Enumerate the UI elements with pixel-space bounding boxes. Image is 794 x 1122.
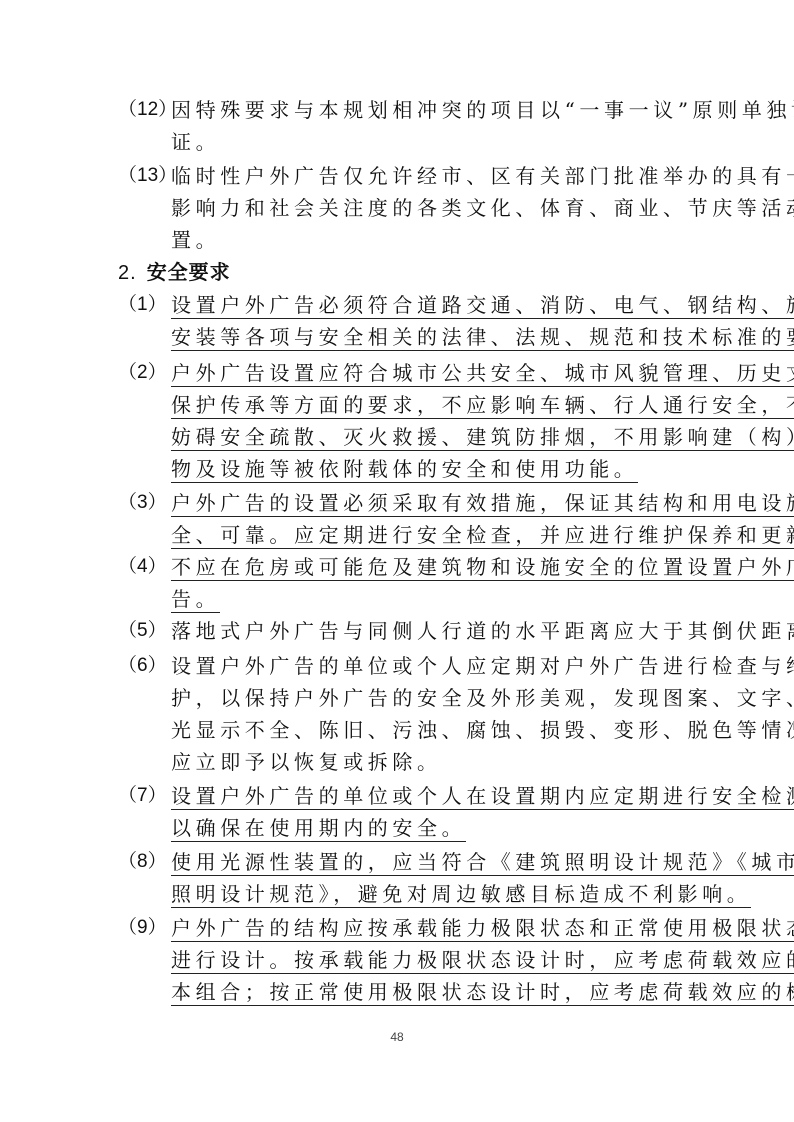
item-label: （1）: [118, 289, 167, 321]
item-body: 临时性户外广告仅允许经市、区有关部门批准举办的具有一定 影响力和社会关注度的各类…: [171, 160, 674, 256]
underlined-line: 设置户外广告的单位或个人在设置期内应定期进行安全检测，: [171, 784, 794, 810]
underlined-line: 告。: [171, 587, 220, 613]
item-line: 临时性户外广告仅允许经市、区有关部门批准举办的具有一定: [171, 160, 674, 192]
document-page: （12） 因特殊要求与本规划相冲突的项目以“一事一议”原则单独论 证。 （13）…: [0, 0, 794, 1122]
underlined-line: 本组合；按正常使用极限状态设计时，应考虑荷载效应的标准: [171, 980, 794, 1006]
item-line: 因特殊要求与本规划相冲突的项目以“一事一议”原则单独论: [171, 94, 674, 126]
section-title: 安全要求: [147, 260, 231, 284]
item-line: 影响力和社会关注度的各类文化、体育、商业、节庆等活动设: [171, 192, 674, 224]
item-label: （3）: [118, 487, 167, 519]
underlined-line: 以确保在使用期内的安全。: [171, 816, 466, 842]
underlined-line: 妨碍安全疏散、灭火救援、建筑防排烟，不用影响建（构）筑: [171, 425, 794, 451]
underlined-line: 进行设计。按承载能力极限状态设计时，应考虑荷载效应的基: [171, 948, 794, 974]
item-body: 使用光源性装置的，应当符合《建筑照明设计规范》《城市夜景 照明设计规范》，避免对…: [171, 846, 674, 910]
section-heading: 2.安全要求: [118, 256, 231, 289]
item-body: 不应在危房或可能危及建筑物和设施安全的位置设置户外广 告。: [171, 551, 674, 615]
item-body: 落地式户外广告与同侧人行道的水平距离应大于其倒伏距离。: [171, 615, 674, 647]
item-body: 户外广告的设置必须采取有效措施，保证其结构和用电设施安 全、可靠。应定期进行安全…: [171, 487, 674, 551]
item-label: （12）: [118, 94, 177, 126]
section-number: 2.: [118, 262, 137, 284]
item-label: （7）: [118, 780, 167, 812]
item-line: 应立即予以恢复或拆除。: [171, 746, 674, 778]
item-label: （8）: [118, 846, 167, 878]
item-line: 光显示不全、陈旧、污浊、腐蚀、损毁、变形、脱色等情况，: [171, 714, 674, 746]
item-line: 落地式户外广告与同侧人行道的水平距离应大于其倒伏距离。: [171, 615, 674, 647]
underlined-line: 安装等各项与安全相关的法律、法规、规范和技术标准的要求。: [171, 325, 794, 351]
item-body: 户外广告的结构应按承载能力极限状态和正常使用极限状态 进行设计。按承载能力极限状…: [171, 912, 674, 1008]
item-line: 护，以保持户外广告的安全及外形美观，发现图案、文字、灯: [171, 682, 674, 714]
item-body: 因特殊要求与本规划相冲突的项目以“一事一议”原则单独论 证。: [171, 94, 674, 158]
underlined-line: 户外广告的结构应按承载能力极限状态和正常使用极限状态: [171, 916, 794, 942]
underlined-line: 不应在危房或可能危及建筑物和设施安全的位置设置户外广: [171, 555, 794, 581]
item-body: 设置户外广告必须符合道路交通、消防、电气、钢结构、施工 安装等各项与安全相关的法…: [171, 289, 674, 353]
underlined-line: 物及设施等被依附载体的安全和使用功能。: [171, 457, 638, 483]
item-body: 设置户外广告的单位或个人应定期对户外广告进行检查与维 护，以保持户外广告的安全及…: [171, 650, 674, 778]
page-number: 48: [0, 1030, 794, 1044]
item-label: （13）: [118, 160, 177, 192]
underlined-line: 户外广告设置应符合城市公共安全、城市风貌管理、历史文化: [171, 361, 794, 387]
underlined-line: 户外广告的设置必须采取有效措施，保证其结构和用电设施安: [171, 491, 794, 517]
item-label: （4）: [118, 551, 167, 583]
item-label: （6）: [118, 650, 167, 682]
item-label: （5）: [118, 615, 167, 647]
item-line: 置。: [171, 224, 674, 256]
underlined-line: 全、可靠。应定期进行安全检查，并应进行维护保养和更新。: [171, 523, 794, 549]
underlined-line: 保护传承等方面的要求，不应影响车辆、行人通行安全，不应: [171, 393, 794, 419]
item-body: 设置户外广告的单位或个人在设置期内应定期进行安全检测， 以确保在使用期内的安全。: [171, 780, 674, 844]
item-body: 户外广告设置应符合城市公共安全、城市风貌管理、历史文化 保护传承等方面的要求，不…: [171, 357, 674, 485]
underlined-line: 照明设计规范》，避免对周边敏感目标造成不利影响。: [171, 882, 751, 908]
underlined-line: 使用光源性装置的，应当符合《建筑照明设计规范》《城市夜景: [171, 850, 794, 876]
underlined-line: 设置户外广告必须符合道路交通、消防、电气、钢结构、施工: [171, 293, 794, 319]
item-label: （2）: [118, 357, 167, 389]
item-line: 证。: [171, 126, 674, 158]
item-line: 设置户外广告的单位或个人应定期对户外广告进行检查与维: [171, 650, 674, 682]
item-label: （9）: [118, 912, 167, 944]
